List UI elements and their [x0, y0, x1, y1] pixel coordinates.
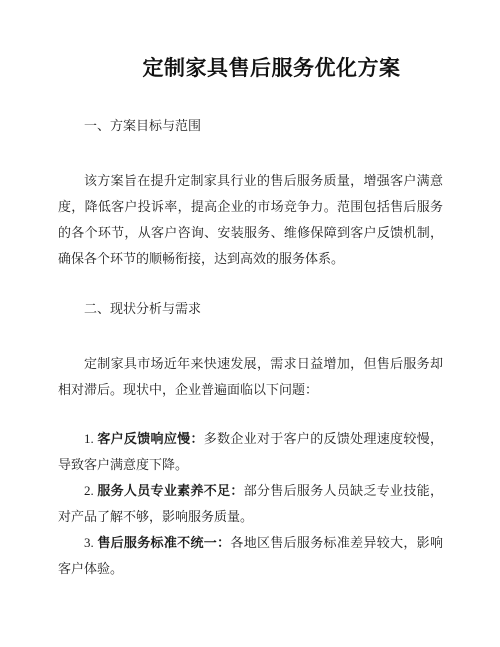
issue-item-2: 2. 服务人员专业素养不足：部分售后服务人员缺乏专业技能，对产品了解不够，影响服… — [58, 478, 443, 530]
section-2-paragraph: 定制家具市场近年来快速发展，需求日益增加，但售后服务却相对滞后。现状中，企业普遍… — [58, 351, 443, 403]
issue-3-number: 3. — [84, 535, 97, 550]
issue-2-number: 2. — [84, 483, 97, 498]
issue-item-1: 1. 客户反馈响应慢：多数企业对于客户的反馈处理速度较慢，导致客户满意度下降。 — [58, 426, 443, 478]
issue-2-label: 服务人员专业素养不足： — [97, 483, 243, 498]
section-2-heading: 二、现状分析与需求 — [58, 296, 443, 322]
issue-1-number: 1. — [84, 431, 97, 446]
issue-1-label: 客户反馈响应慢： — [97, 431, 203, 446]
document-page: 定制家具售后服务优化方案 一、方案目标与范围 该方案旨在提升定制家具行业的售后服… — [0, 0, 500, 647]
issue-item-3: 3. 售后服务标准不统一：各地区售后服务标准差异较大，影响客户体验。 — [58, 530, 443, 582]
issue-3-label: 售后服务标准不统一： — [97, 535, 230, 550]
section-1-heading: 一、方案目标与范围 — [58, 113, 443, 139]
section-1-paragraph: 该方案旨在提升定制家具行业的售后服务质量，增强客户满意度，降低客户投诉率，提高企… — [58, 168, 443, 272]
document-title: 定制家具售后服务优化方案 — [58, 53, 443, 84]
